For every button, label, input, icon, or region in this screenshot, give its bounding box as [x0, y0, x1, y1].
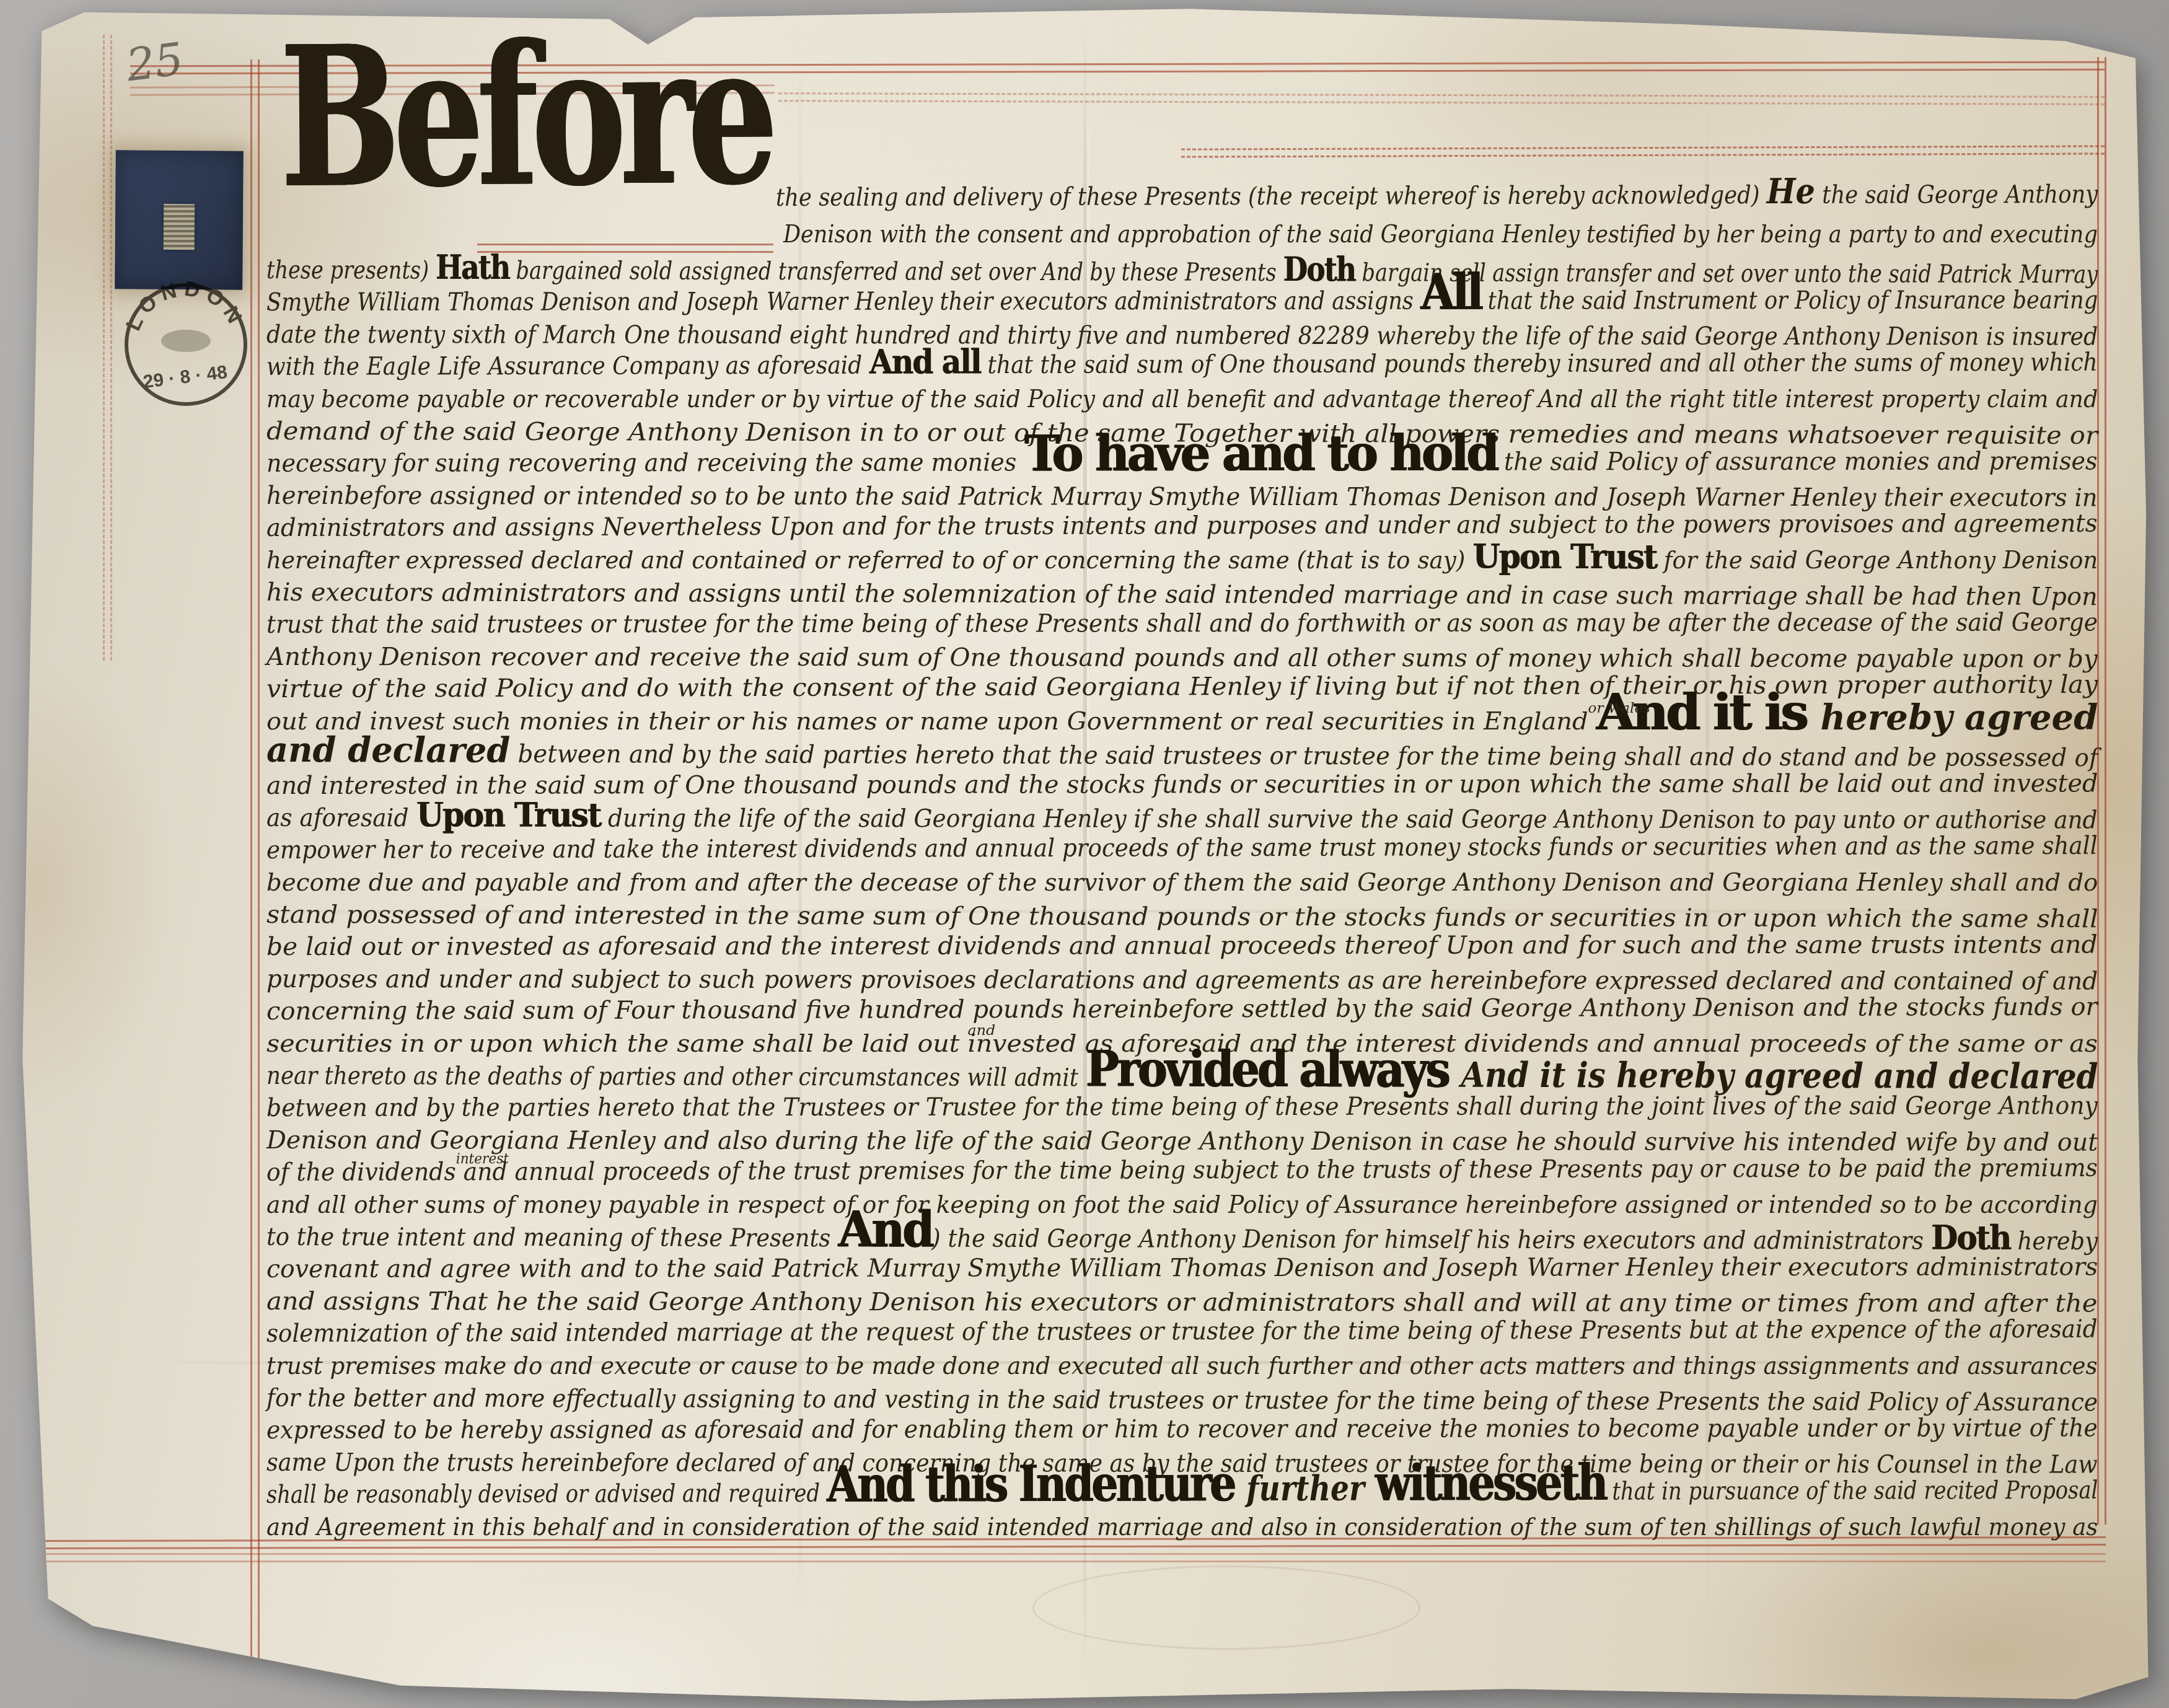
manuscript-line: with the Eagle Life Assurance Company as… — [266, 346, 2098, 384]
manuscript-line: necessary for suing recovering and recei… — [266, 445, 2098, 481]
manuscript-line: Smythe William Thomas Denison and Joseph… — [266, 284, 2098, 320]
manuscript-line: empower her to receive and take the inte… — [266, 830, 2098, 868]
manuscript-line: trust premises make do and execute or ca… — [266, 1350, 2098, 1383]
manuscript-line: covenant and agree with and to the said … — [266, 1251, 2098, 1287]
manuscript-line: the sealing and delivery of these Presen… — [776, 178, 2098, 215]
manuscript-line: may become payable or recoverable under … — [266, 383, 2098, 416]
manuscript-line: solemnization of the said intended marri… — [266, 1313, 2098, 1351]
manuscript-line: administrators and assigns Nevertheless … — [266, 508, 2098, 545]
manuscript-line: be laid out or invested as aforesaid and… — [266, 928, 2098, 964]
manuscript-text: the sealing and delivery of these Presen… — [0, 0, 2169, 1708]
manuscript-line: and all other sums of money payable in r… — [266, 1189, 2098, 1222]
manuscript-line: concerning the said sum of Four thousand… — [266, 991, 2098, 1029]
manuscript-line: and Agreement in this behalf and in cons… — [266, 1511, 2098, 1544]
manuscript-line: become due and payable and from and afte… — [266, 866, 2098, 900]
manuscript-line: between and by the parties hereto that t… — [266, 1090, 2098, 1125]
manuscript-line: out and invest such monies in their or h… — [266, 705, 2098, 739]
manuscript-line: shall be reasonably devised or advised a… — [266, 1474, 2098, 1512]
manuscript-line: Denison with the consent and approbation… — [783, 218, 2098, 252]
photo-of-parchment-deed: 25 Before LONDON 29 · 8 · 48 the sealing… — [0, 0, 2169, 1708]
manuscript-line: expressed to be hereby assigned as afore… — [266, 1412, 2098, 1448]
manuscript-line: trust that the said trustees or trustee … — [266, 606, 2098, 642]
manuscript-line: of the dividendsinterest and annual proc… — [266, 1152, 2098, 1190]
manuscript-line: hereinafter expressed declared and conta… — [266, 544, 2098, 578]
